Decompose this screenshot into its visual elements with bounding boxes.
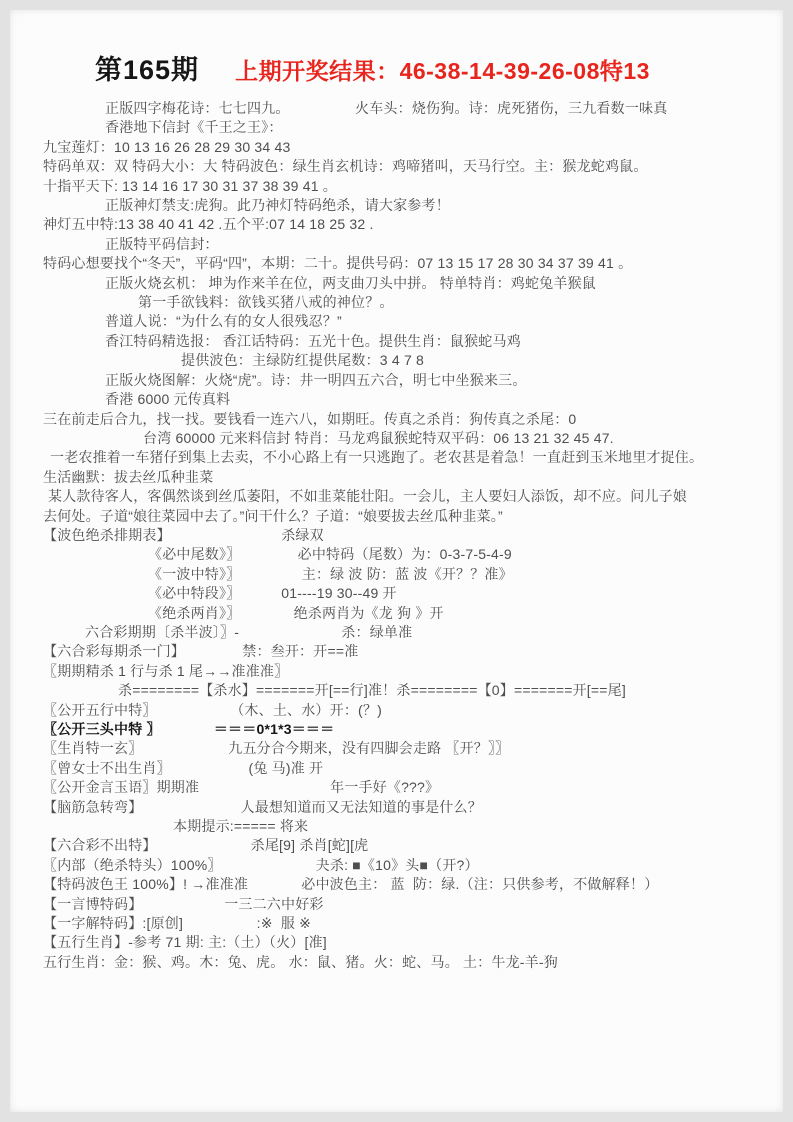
text-line: 【一字解特码】:[原创] :※ 服 ※ bbox=[43, 914, 771, 933]
text-line: 《必中特段》〗 01----19 30--49 开 bbox=[43, 584, 771, 603]
text-line: 三在前走后合九，找一找。要钱看一连六八，如期旺。传真之杀肖：狗传真之杀尾：0 bbox=[43, 410, 771, 429]
text-line: 本期提示:===== 将来 bbox=[43, 817, 771, 836]
text-line: 十指平天下: 13 14 16 17 30 31 37 38 39 41 。 bbox=[43, 177, 771, 196]
text-line: 《绝杀两肖》〗 绝杀两肖为《龙 狗 》开 bbox=[43, 604, 771, 623]
text-line: 台湾 60000 元来料信封 特肖：马龙鸡鼠猴蛇特双平码：06 13 21 32… bbox=[43, 429, 771, 448]
text-line: 【六合彩不出特】 杀尾[9] 杀肖[蛇][虎 bbox=[43, 836, 771, 855]
text-line: 〖曾女士不出生肖〗 (兔 马)准 开 bbox=[43, 759, 771, 778]
text-line: 【特码波色王 100%】! →准准准 必中波色主： 蓝 防：绿.（注：只供参考，… bbox=[43, 875, 771, 894]
text-line: 六合彩期期〔杀半波〕〗- 杀：绿单准 bbox=[43, 623, 771, 642]
text-line: 〖公开五行中特〗 （木、土、水）开：(？) bbox=[43, 701, 771, 720]
text-line: 【脑筋急转弯】 人最想知道而又无法知道的事是什么？ bbox=[43, 798, 771, 817]
text-line: 去何处。子道“娘往菜园中去了。”问干什么？子道：“娘要拔去丝瓜种韭菜。” bbox=[43, 507, 771, 526]
text-line: 〖生肖特一玄〗 九五分合今期来，没有四脚会走路 〖开？〗〗 bbox=[43, 739, 771, 758]
text-line: 普道人说：“为什么有的女人很残忍？” bbox=[43, 312, 771, 331]
text-line: 正版火烧图解：火烧“虎”。诗：井一明四五六合，明七中坐猴来三。 bbox=[43, 371, 771, 390]
text-line: 《一波中特》〗 主：绿 波 防：蓝 波《开？？准》 bbox=[43, 565, 771, 584]
text-line: 第一手欲钱料：欲钱买猪八戒的神位？。 bbox=[43, 293, 771, 312]
document-page: 第165期 上期开奖结果：46-38-14-39-26-08特13 正版四字梅花… bbox=[10, 10, 783, 1112]
text-line: 正版特平码信封： bbox=[43, 235, 771, 254]
issue-number: 第165期 bbox=[95, 48, 199, 87]
text-line: 正版四字梅花诗：七七四九。 火车头：烧伤狗。诗：虎死猪伤，三九看数一味真 bbox=[43, 99, 771, 118]
text-line: 特码心想要找个“冬天”，平码“四”，本期：二十。提供号码：07 13 15 17… bbox=[43, 254, 771, 273]
text-line: 〖公开金言玉语〗期期准 年一手好《???》 bbox=[43, 778, 771, 797]
text-line: 〖公开三头中特 〗 ＝＝＝0*1*3＝＝＝ bbox=[43, 720, 771, 739]
text-line: 〖内部（绝杀特头）100%〗 夬杀: ■《10》头■（开?） bbox=[43, 856, 771, 875]
text-line: 香江特码精选报： 香江话特码：五光十色。提供生肖：鼠猴蛇马鸡 bbox=[43, 332, 771, 351]
text-line: 【六合彩每期杀一门】 禁：叁开：开==准 bbox=[43, 642, 771, 661]
text-line: 特码单双：双 特码大小：大 特码波色：绿生肖玄机诗：鸡啼猪叫，天马行空。主：猴龙… bbox=[43, 157, 771, 176]
text-line: 九宝莲灯：10 13 16 26 28 29 30 34 43 bbox=[43, 138, 771, 157]
text-line: 《必中尾数》〗 必中特码（尾数）为：0-3-7-5-4-9 bbox=[43, 545, 771, 564]
text-line: 【五行生肖】-参考 71 期: 主:（土）（火）[准] bbox=[43, 933, 771, 952]
text-line: 【波色绝杀排期表】 杀绿双 bbox=[43, 526, 771, 545]
text-line: 〖期期精杀 1 行与杀 1 尾→→准准准〗 bbox=[43, 662, 771, 681]
text-line: 一老农推着一车猪仔到集上去卖，不小心路上有一只逃跑了。老农甚是着急！一直赶到玉米… bbox=[43, 448, 771, 467]
text-line: 正版神灯禁支:虎狗。此乃神灯特码绝杀，请大家参考！ bbox=[43, 196, 771, 215]
text-line: 某人款待客人，客偶然谈到丝瓜萎阳，不如韭菜能壮阳。一会儿，主人要妇人添饭，却不应… bbox=[43, 487, 771, 506]
text-line: 香港地下信封《千王之王》： bbox=[43, 118, 771, 137]
last-draw-result: 上期开奖结果：46-38-14-39-26-08特13 bbox=[235, 53, 650, 86]
text-line: 香港 6000 元传真料 bbox=[43, 390, 771, 409]
text-line: 杀========【杀水】=======开[==行]准！杀========【0】… bbox=[43, 681, 771, 700]
text-line: 提供波色：主绿防红提供尾数：3 4 7 8 bbox=[43, 351, 771, 370]
text-line: 正版火烧玄机： 坤为作来羊在位，两支曲刀头中拼。 特单特肖：鸡蛇兔羊猴鼠 bbox=[43, 274, 771, 293]
document-header: 第165期 上期开奖结果：46-38-14-39-26-08特13 bbox=[10, 10, 783, 95]
text-line: 神灯五中特:13 38 40 41 42 .五个平:07 14 18 25 32… bbox=[43, 215, 771, 234]
text-line: 生活幽默：拔去丝瓜种韭菜 bbox=[43, 468, 771, 487]
text-line: 五行生肖：金：猴、鸡。木：兔、虎。 水：鼠、猪。火：蛇、马。 土：牛龙-羊-狗 bbox=[43, 953, 771, 972]
document-body: 正版四字梅花诗：七七四九。 火车头：烧伤狗。诗：虎死猪伤，三九看数一味真香港地下… bbox=[10, 95, 783, 972]
text-line: 【一言博特码】 一三二六中好彩 bbox=[43, 895, 771, 914]
